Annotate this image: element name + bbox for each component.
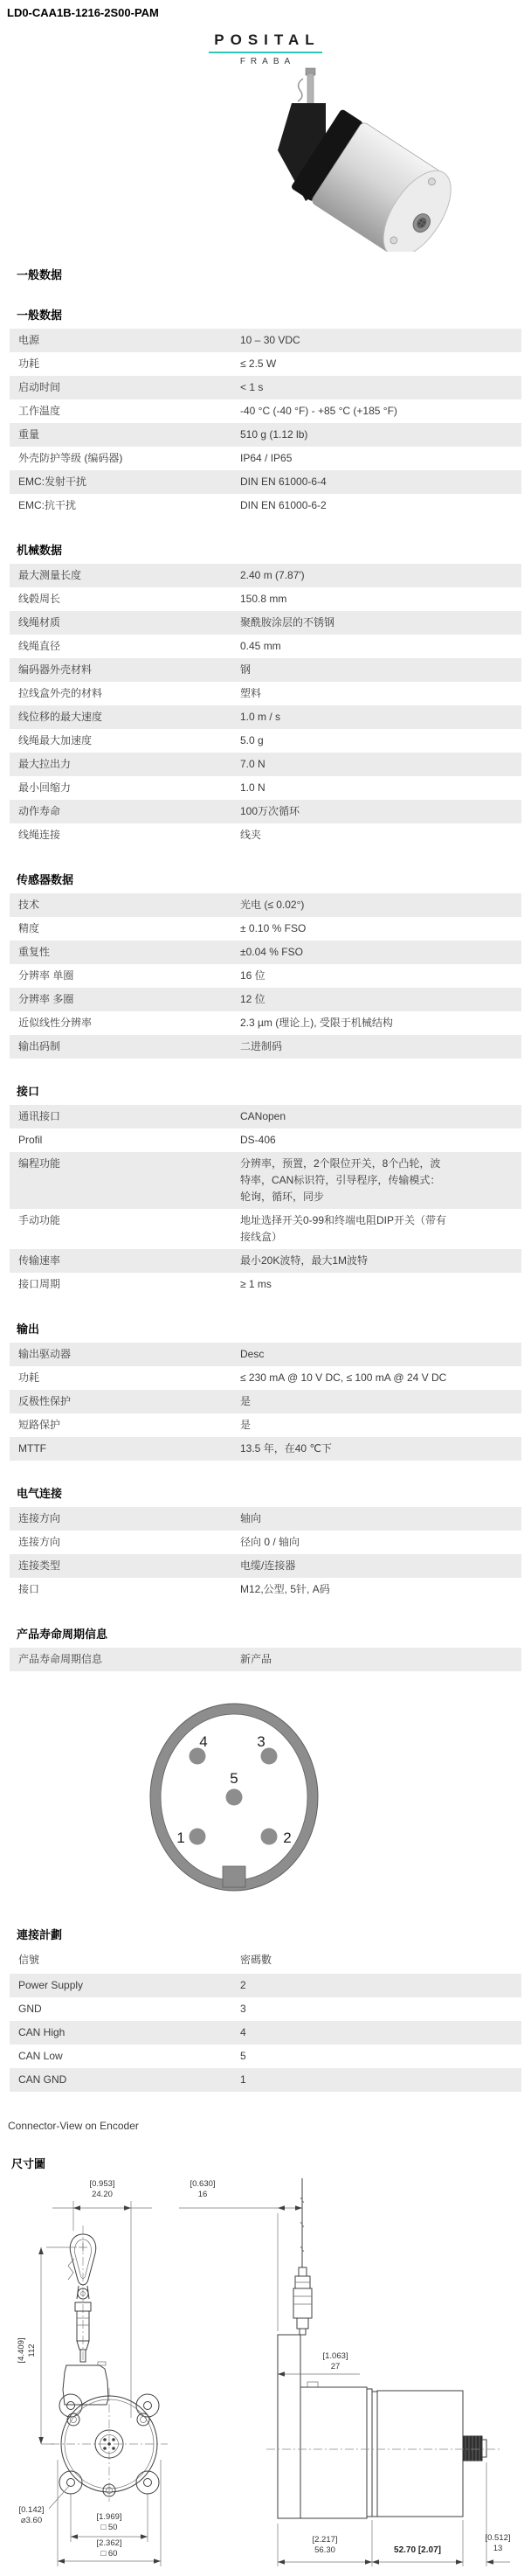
intro-heading: 一般数据 [17, 266, 531, 282]
section-heading: 产品寿命周期信息 [17, 1625, 531, 1642]
encoder-cylinder-side [377, 2391, 463, 2517]
spec-value: 2.3 µm (理论上), 受限于机械结构 [240, 1015, 450, 1031]
table-row: 线绳最大加速度5.0 g [10, 729, 521, 753]
spec-value: 5.0 g [240, 733, 450, 749]
table-row: 电源10 – 30 VDC [10, 329, 521, 352]
table-row: 手动功能地址选择开关0-99和终端电阻DIP开关（带有接线盒） [10, 1209, 521, 1249]
table-row: EMC:抗干扰DIN EN 61000-6-2 [10, 494, 521, 517]
spec-value: 轴向 [240, 1510, 450, 1527]
dim-side-wire-mm: 16 [198, 2190, 208, 2199]
plan-pin: 3 [240, 2001, 450, 2017]
spec-label: 电源 [18, 332, 240, 349]
table-row: 重复性±0.04 % FSO [10, 941, 521, 964]
spec-value: ≤ 230 mA @ 10 V DC, ≤ 100 mA @ 24 V DC [240, 1370, 450, 1386]
dim-side-boxlen-mm: 56.30 [314, 2545, 335, 2555]
dim-side-wire-inch: [0.630] [190, 2179, 215, 2189]
spec-value: 是 [240, 1393, 450, 1410]
plan-signal: CAN High [18, 2024, 240, 2041]
dim-front-bolt-inch: [1.969] [96, 2512, 121, 2522]
plan-col-pin: 密碼數 [240, 1952, 450, 1968]
plan-pin: 2 [240, 1977, 450, 1994]
spec-label: 线毂周长 [18, 591, 240, 608]
table-row: 传输速率最小20K波特，最大1M波特 [10, 1249, 521, 1273]
spec-label: 技术 [18, 897, 240, 913]
spec-label: 外壳防护等级 (编码器) [18, 450, 240, 467]
dim-side-offset-mm: 27 [331, 2362, 341, 2371]
spec-label: 功耗 [18, 356, 240, 372]
spec-label: EMC:发射干扰 [18, 474, 240, 490]
table-row: 功耗≤ 2.5 W [10, 352, 521, 376]
spec-value: 7.0 N [240, 756, 450, 773]
plan-row: CAN High4 [10, 2021, 521, 2045]
page-title: LD0-CAA1B-1216-2S00-PAM [0, 0, 531, 19]
spec-section-1: 机械数据最大测量长度2.40 m (7.87')线毂周长150.8 mm线绳材质… [0, 541, 531, 847]
table-row: ProfilDS-406 [10, 1128, 521, 1152]
spec-label: 精度 [18, 920, 240, 937]
spec-label: EMC:抗干扰 [18, 497, 240, 514]
pin-1-dot [190, 1829, 206, 1845]
table-row: 输出码制二进制码 [10, 1035, 521, 1059]
dim-side-boxlen-inch: [2.217] [312, 2535, 337, 2545]
table-row: 线毂周长150.8 mm [10, 587, 521, 611]
connector-pinout-figure: 4 3 5 1 2 [0, 1692, 531, 1913]
plan-pin: 1 [240, 2072, 450, 2088]
spec-label: 输出驱动器 [18, 1346, 240, 1363]
table-row: 外壳防护等级 (编码器)IP64 / IP65 [10, 447, 521, 470]
spec-table: 连接方向轴向连接方向径向 0 / 轴向连接类型电缆/连接器接口M12,公型, 5… [10, 1507, 521, 1601]
spec-section-6: 产品寿命周期信息产品寿命周期信息新产品 [0, 1625, 531, 1671]
plan-pin: 5 [240, 2048, 450, 2065]
spec-section-2: 传感器数据技术光电 (≤ 0.02°)精度± 0.10 % FSO重复性±0.0… [0, 871, 531, 1059]
wire-nozzle [293, 2267, 312, 2335]
spec-value: 10 – 30 VDC [240, 332, 450, 349]
spec-label: 短路保护 [18, 1417, 240, 1434]
spec-value: ≥ 1 ms [240, 1276, 450, 1293]
dimension-drawing: [0.953] 24.20 [4.409] 112 [0.142] ⌀3.60 [0, 2171, 531, 2576]
spec-section-3: 接口通讯接口CANopenProfilDS-406编程功能分辨率，预置，2个限位… [0, 1082, 531, 1296]
spec-table: 技术光电 (≤ 0.02°)精度± 0.10 % FSO重复性±0.04 % F… [10, 893, 521, 1059]
table-row: 分辨率 多圈12 位 [10, 988, 521, 1011]
spec-label: 接口 [18, 1581, 240, 1598]
plan-signal: CAN Low [18, 2048, 240, 2065]
dim-side-conn-mm: 13 [493, 2544, 503, 2553]
table-row: 反极性保护是 [10, 1390, 521, 1413]
table-row: 精度± 0.10 % FSO [10, 917, 521, 941]
dim-front-width-mm: 24.20 [92, 2190, 113, 2199]
table-row: 动作寿命100万次循环 [10, 800, 521, 823]
spec-value: ± 0.10 % FSO [240, 920, 450, 937]
spec-value: 13.5 年，在40 ℃下 [240, 1441, 450, 1457]
spec-label: 分辨率 多圈 [18, 991, 240, 1008]
table-row: 短路保护是 [10, 1413, 521, 1437]
pin-5-label: 5 [230, 1770, 238, 1787]
draw-wire-encoder-image [0, 66, 531, 252]
spec-section-4: 输出输出驱动器Desc功耗≤ 230 mA @ 10 V DC, ≤ 100 m… [0, 1320, 531, 1461]
spec-label: 编码器外壳材料 [18, 662, 240, 678]
table-row: EMC:发射干扰DIN EN 61000-6-4 [10, 470, 521, 494]
spec-value: 16 位 [240, 968, 450, 984]
logo-brand-text: POSITAL [209, 31, 321, 53]
side-view: [0.630] 16 [1.063] 27 [179, 2178, 511, 2566]
table-row: 连接类型电缆/连接器 [10, 1554, 521, 1578]
plan-signal: GND [18, 2001, 240, 2017]
section-heading: 输出 [17, 1320, 531, 1337]
plan-signal: Power Supply [18, 1977, 240, 1994]
spec-value: 1.0 m / s [240, 709, 450, 726]
table-row: 线绳材质聚酰胺涂层的不锈钢 [10, 611, 521, 635]
table-row: 最小回缩力1.0 N [10, 776, 521, 800]
spec-value: M12,公型, 5针, A码 [240, 1581, 450, 1598]
dim-side-offset-inch: [1.063] [322, 2351, 348, 2361]
spec-value: -40 °C (-40 °F) - +85 °C (+185 °F) [240, 403, 450, 420]
spec-value: 新产品 [240, 1651, 450, 1668]
dim-front-outer-mm: □ 60 [101, 2549, 118, 2559]
spec-label: 重复性 [18, 944, 240, 961]
connector-key-notch [223, 1866, 245, 1887]
connection-plan-table: 信號 密碼數 Power Supply2GND3CAN High4CAN Low… [10, 1948, 521, 2092]
spec-label: 动作寿命 [18, 803, 240, 820]
spec-label: 启动时间 [18, 379, 240, 396]
wire-outlet-box-front [63, 2362, 108, 2405]
spec-value: 510 g (1.12 lb) [240, 427, 450, 443]
spec-label: 线位移的最大速度 [18, 709, 240, 726]
spec-table: 输出驱动器Desc功耗≤ 230 mA @ 10 V DC, ≤ 100 mA … [10, 1343, 521, 1461]
spec-label: MTTF [18, 1441, 240, 1457]
wire-clip [68, 2234, 96, 2362]
table-row: 功耗≤ 230 mA @ 10 V DC, ≤ 100 mA @ 24 V DC [10, 1366, 521, 1390]
dimension-drawing-svg: [0.953] 24.20 [4.409] 112 [0.142] ⌀3.60 [0, 2171, 531, 2573]
spec-value: 分辨率，预置，2个限位开关，8个凸轮，波特率，CAN标识符，引导程序，传输模式：… [240, 1156, 450, 1205]
pin-3-dot [261, 1748, 278, 1765]
table-row: 分辨率 单圈16 位 [10, 964, 521, 988]
dim-front-width-inch: [0.953] [89, 2179, 114, 2189]
table-row: 接口M12,公型, 5针, A码 [10, 1578, 521, 1601]
face-screws [67, 2413, 149, 2496]
spec-value: 电缆/连接器 [240, 1558, 450, 1574]
spec-section-0: 一般数据电源10 – 30 VDC功耗≤ 2.5 W启动时间< 1 s工作温度-… [0, 306, 531, 517]
plan-row: GND3 [10, 1997, 521, 2021]
dim-front-hole-inch: [0.142] [18, 2505, 44, 2515]
table-row: 工作温度-40 °C (-40 °F) - +85 °C (+185 °F) [10, 399, 521, 423]
spec-label: 功耗 [18, 1370, 240, 1386]
spec-label: 重量 [18, 427, 240, 443]
spec-value: 12 位 [240, 991, 450, 1008]
section-heading: 机械数据 [17, 541, 531, 558]
wire-fitting [298, 68, 315, 105]
pin-2-label: 2 [283, 1830, 291, 1846]
spec-value: DIN EN 61000-6-2 [240, 497, 450, 514]
spec-value: 最小20K波特，最大1M波特 [240, 1253, 450, 1269]
spec-value: 2.40 m (7.87') [240, 567, 450, 584]
spec-label: 最大拉出力 [18, 756, 240, 773]
plan-pin: 4 [240, 2024, 450, 2041]
housing-side [300, 2387, 367, 2518]
spec-label: 输出码制 [18, 1038, 240, 1055]
pin-3-label: 3 [257, 1733, 265, 1750]
spec-label: 拉线盒外壳的材料 [18, 685, 240, 702]
pin-1-label: 1 [176, 1830, 184, 1846]
logo-sub-text: FRABA [0, 57, 531, 66]
plan-row: CAN Low5 [10, 2045, 521, 2068]
dim-side-cyllen: 52.70 [2.07] [394, 2545, 441, 2555]
plan-header-row: 信號 密碼數 [10, 1948, 521, 1974]
spec-label: 手动功能 [18, 1212, 240, 1246]
table-row: 技术光电 (≤ 0.02°) [10, 893, 521, 917]
connector-pinout-svg: 4 3 5 1 2 [0, 1692, 531, 1911]
product-photo [0, 66, 531, 252]
plan-signal: CAN GND [18, 2072, 240, 2088]
front-view: [0.953] 24.20 [4.409] 112 [0.142] ⌀3.60 [17, 2179, 168, 2566]
spec-table: 通讯接口CANopenProfilDS-406编程功能分辨率，预置，2个限位开关… [10, 1105, 521, 1296]
plan-rows: Power Supply2GND3CAN High4CAN Low5CAN GN… [10, 1974, 521, 2092]
spec-value: 150.8 mm [240, 591, 450, 608]
table-row: 线绳连接线夹 [10, 823, 521, 847]
table-row: 近似线性分辨率2.3 µm (理论上), 受限于机械结构 [10, 1011, 521, 1035]
dimensions-heading: 尺寸圖 [11, 2155, 531, 2171]
spec-label: 分辨率 单圈 [18, 968, 240, 984]
wire-box-side [278, 2335, 300, 2518]
spec-value: 塑料 [240, 685, 450, 702]
dim-side-conn-inch: [0.512] [485, 2533, 510, 2543]
spec-value: < 1 s [240, 379, 450, 396]
spec-label: 产品寿命周期信息 [18, 1651, 240, 1668]
connection-plan-section: 連接計劃 信號 密碼數 Power Supply2GND3CAN High4CA… [0, 1926, 531, 2092]
spec-label: 工作温度 [18, 403, 240, 420]
spec-value: 聚酰胺涂层的不锈钢 [240, 614, 450, 631]
plan-col-signal: 信號 [18, 1952, 240, 1968]
dim-front-height-mm: 112 [27, 2343, 37, 2357]
spec-sections: 一般数据电源10 – 30 VDC功耗≤ 2.5 W启动时间< 1 s工作温度-… [0, 306, 531, 1671]
table-row: 重量510 g (1.12 lb) [10, 423, 521, 447]
spec-label: 近似线性分辨率 [18, 1015, 240, 1031]
pin-4-label: 4 [199, 1733, 207, 1750]
spec-value: 1.0 N [240, 780, 450, 796]
spec-label: 反极性保护 [18, 1393, 240, 1410]
spec-value: DS-406 [240, 1132, 450, 1149]
spec-label: 线绳直径 [18, 638, 240, 655]
spec-value: 二进制码 [240, 1038, 450, 1055]
spec-table: 电源10 – 30 VDC功耗≤ 2.5 W启动时间< 1 s工作温度-40 °… [10, 329, 521, 517]
table-row: 接口周期≥ 1 ms [10, 1273, 521, 1296]
table-row: 输出驱动器Desc [10, 1343, 521, 1366]
spec-label: 最大测量长度 [18, 567, 240, 584]
spec-value: CANopen [240, 1108, 450, 1125]
spec-value: 钢 [240, 662, 450, 678]
table-row: 最大拉出力7.0 N [10, 753, 521, 776]
dim-front-hole-mm: ⌀3.60 [21, 2516, 42, 2525]
spec-table: 最大测量长度2.40 m (7.87')线毂周长150.8 mm线绳材质聚酰胺涂… [10, 564, 521, 847]
table-row: 最大测量长度2.40 m (7.87') [10, 564, 521, 587]
connector-view-note: Connector-View on Encoder [8, 2120, 531, 2132]
spec-value: 是 [240, 1417, 450, 1434]
table-row: 连接方向轴向 [10, 1507, 521, 1531]
spec-label: 连接方向 [18, 1510, 240, 1527]
spec-value: Desc [240, 1346, 450, 1363]
spec-value: ±0.04 % FSO [240, 944, 450, 961]
section-heading: 电气连接 [17, 1484, 531, 1501]
table-row: MTTF13.5 年，在40 ℃下 [10, 1437, 521, 1461]
table-row: 拉线盒外壳的材料塑料 [10, 682, 521, 705]
spec-label: 编程功能 [18, 1156, 240, 1205]
spec-value: ≤ 2.5 W [240, 356, 450, 372]
table-row: 线位移的最大速度1.0 m / s [10, 705, 521, 729]
datasheet-page: LD0-CAA1B-1216-2S00-PAM POSITAL FRABA [0, 0, 531, 2576]
spec-label: 通讯接口 [18, 1108, 240, 1125]
plan-row: CAN GND1 [10, 2068, 521, 2092]
section-heading: 一般数据 [17, 306, 531, 323]
section-heading: 接口 [17, 1082, 531, 1099]
table-row: 通讯接口CANopen [10, 1105, 521, 1128]
m12-connector-side [463, 2436, 486, 2461]
spec-label: 线绳最大加速度 [18, 733, 240, 749]
pin-4-dot [190, 1748, 206, 1765]
pin-5-dot [226, 1789, 243, 1806]
spec-label: 传输速率 [18, 1253, 240, 1269]
spec-value: DIN EN 61000-6-4 [240, 474, 450, 490]
pin-2-dot [261, 1829, 278, 1845]
spec-section-5: 电气连接连接方向轴向连接方向径向 0 / 轴向连接类型电缆/连接器接口M12,公… [0, 1484, 531, 1601]
dim-front-height-inch: [4.409] [17, 2337, 26, 2363]
spec-label: 接口周期 [18, 1276, 240, 1293]
spec-label: 最小回缩力 [18, 780, 240, 796]
table-row: 连接方向径向 0 / 轴向 [10, 1531, 521, 1554]
spec-value: 地址选择开关0-99和终端电阻DIP开关（带有接线盒） [240, 1212, 450, 1246]
spec-value: 0.45 mm [240, 638, 450, 655]
spec-table: 产品寿命周期信息新产品 [10, 1648, 521, 1671]
spec-label: 连接方向 [18, 1534, 240, 1551]
spec-value: 100万次循环 [240, 803, 450, 820]
spec-value: 径向 0 / 轴向 [240, 1534, 450, 1551]
table-row: 编程功能分辨率，预置，2个限位开关，8个凸轮，波特率，CAN标识符，引导程序，传… [10, 1152, 521, 1209]
table-row: 线绳直径0.45 mm [10, 635, 521, 658]
dim-front-outer-inch: [2.362] [96, 2538, 121, 2548]
section-heading: 传感器数据 [17, 871, 531, 887]
dim-front-bolt-mm: □ 50 [101, 2523, 118, 2532]
table-row: 编码器外壳材料钢 [10, 658, 521, 682]
table-row: 启动时间< 1 s [10, 376, 521, 399]
connection-plan-heading: 連接計劃 [17, 1926, 531, 1942]
table-row: 产品寿命周期信息新产品 [10, 1648, 521, 1671]
spec-label: 线绳材质 [18, 614, 240, 631]
spec-label: 线绳连接 [18, 827, 240, 844]
plan-row: Power Supply2 [10, 1974, 521, 1997]
posital-fraba-logo: POSITAL FRABA [0, 31, 531, 66]
spec-label: Profil [18, 1132, 240, 1149]
spec-label: 连接类型 [18, 1558, 240, 1574]
spec-value: 线夹 [240, 827, 450, 844]
spec-value: 光电 (≤ 0.02°) [240, 897, 450, 913]
spec-value: IP64 / IP65 [240, 450, 450, 467]
